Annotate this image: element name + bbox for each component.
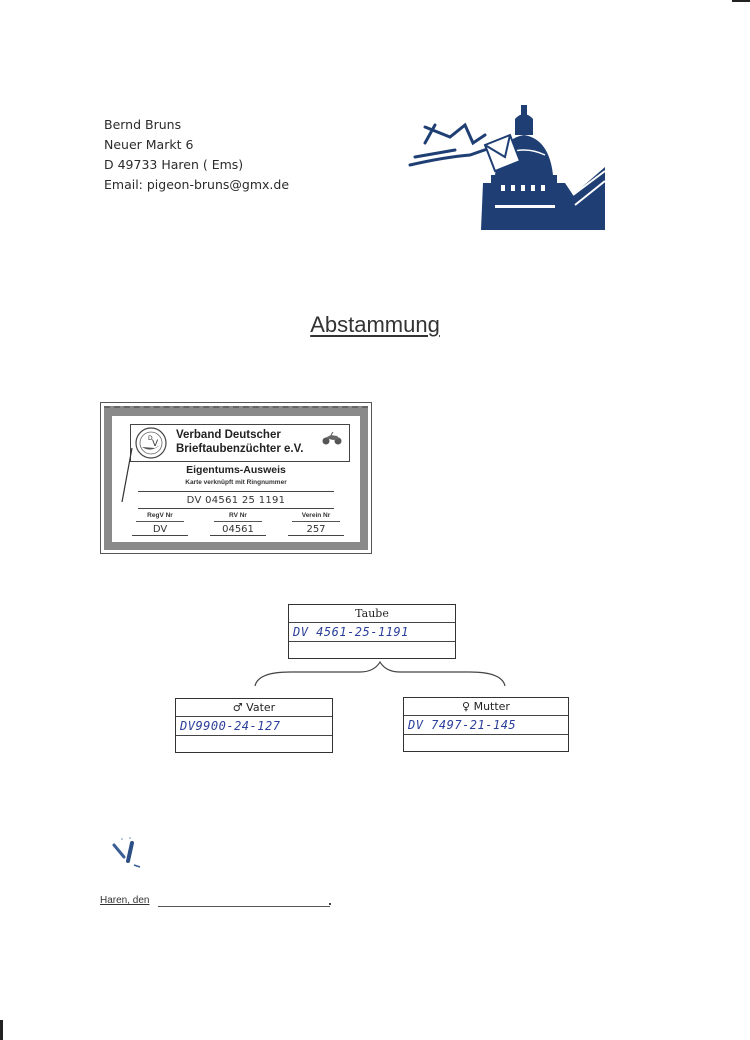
card-field-regv: RegV Nr DV [130, 512, 190, 536]
motorcycle-badge-icon [321, 431, 343, 445]
mother-label: Mutter [474, 700, 510, 713]
sender-name: Bernd Bruns [104, 115, 289, 135]
place-date-label: Haren, den [100, 895, 149, 906]
pedigree-father-box: ♂ Vater DV9900-24-127 [175, 698, 333, 753]
handwritten-signature-icon [110, 835, 150, 875]
bird-blank-row [289, 642, 455, 658]
association-name-line1: Verband Deutscher [176, 428, 303, 442]
bird-ring-number: DV 4561-25-1191 [289, 623, 455, 642]
mother-blank-row [404, 735, 568, 751]
card-field-rule [136, 521, 184, 522]
pedigree-brace [250, 660, 510, 690]
date-signature-line [158, 906, 330, 907]
female-symbol-icon: ♀ [462, 700, 470, 713]
card-field-rv: RV Nr 04561 [208, 512, 268, 536]
card-heading: Eigentums-Ausweis [112, 464, 360, 476]
pigeon-with-letter-over-dome-icon [395, 95, 610, 235]
sender-email: Email: pigeon-bruns@gmx.de [104, 175, 289, 195]
card-divider [138, 508, 334, 509]
card-ring-number: DV 04561 25 1191 [112, 495, 360, 506]
page-title-text: Abstammung [310, 312, 440, 337]
svg-text:V: V [152, 439, 159, 449]
scan-edge-mark [732, 0, 750, 2]
page-title: Abstammung [0, 312, 750, 338]
father-ring-number: DV9900-24-127 [176, 717, 332, 736]
association-name: Verband Deutscher Brieftaubenzüchter e.V… [176, 428, 303, 456]
card-field-rule [210, 535, 266, 536]
association-emblem-icon: D V [135, 427, 167, 459]
father-blank-row [176, 736, 332, 752]
card-field-rule [132, 535, 188, 536]
card-field-label: Verein Nr [286, 512, 346, 519]
father-label: Vater [246, 701, 275, 714]
card-subheading: Karte verknüpft mit Ringnummer [112, 479, 360, 486]
sender-street: Neuer Markt 6 [104, 135, 289, 155]
scan-edge-mark [0, 1020, 3, 1040]
card-field-label: RV Nr [208, 512, 268, 519]
card-body: D V Verband Deutscher Brieftaubenzüchter… [112, 416, 360, 542]
card-field-value: 04561 [208, 524, 268, 535]
association-name-line2: Brieftaubenzüchter e.V. [176, 442, 303, 456]
card-field-label: RegV Nr [130, 512, 190, 519]
card-field-rule [214, 521, 262, 522]
sender-address: Bernd Bruns Neuer Markt 6 D 49733 Haren … [104, 115, 289, 195]
card-field-rule [292, 521, 340, 522]
ownership-card: D V Verband Deutscher Brieftaubenzüchter… [100, 402, 372, 554]
bird-label: Taube [289, 605, 455, 623]
card-field-rule [288, 535, 344, 536]
mother-header: ♀ Mutter [404, 698, 568, 716]
sender-city: D 49733 Haren ( Ems) [104, 155, 289, 175]
card-field-verein: Verein Nr 257 [286, 512, 346, 536]
mother-ring-number: DV 7497-21-145 [404, 716, 568, 735]
card-field-value: 257 [286, 524, 346, 535]
father-header: ♂ Vater [176, 699, 332, 717]
pedigree-mother-box: ♀ Mutter DV 7497-21-145 [403, 697, 569, 752]
date-line-period [329, 903, 331, 905]
card-header: D V Verband Deutscher Brieftaubenzüchter… [130, 424, 350, 462]
pedigree-bird-box: Taube DV 4561-25-1191 [288, 604, 456, 659]
male-symbol-icon: ♂ [233, 701, 243, 714]
card-divider [138, 491, 334, 492]
card-field-value: DV [130, 524, 190, 535]
card-frame: D V Verband Deutscher Brieftaubenzüchter… [104, 406, 368, 550]
